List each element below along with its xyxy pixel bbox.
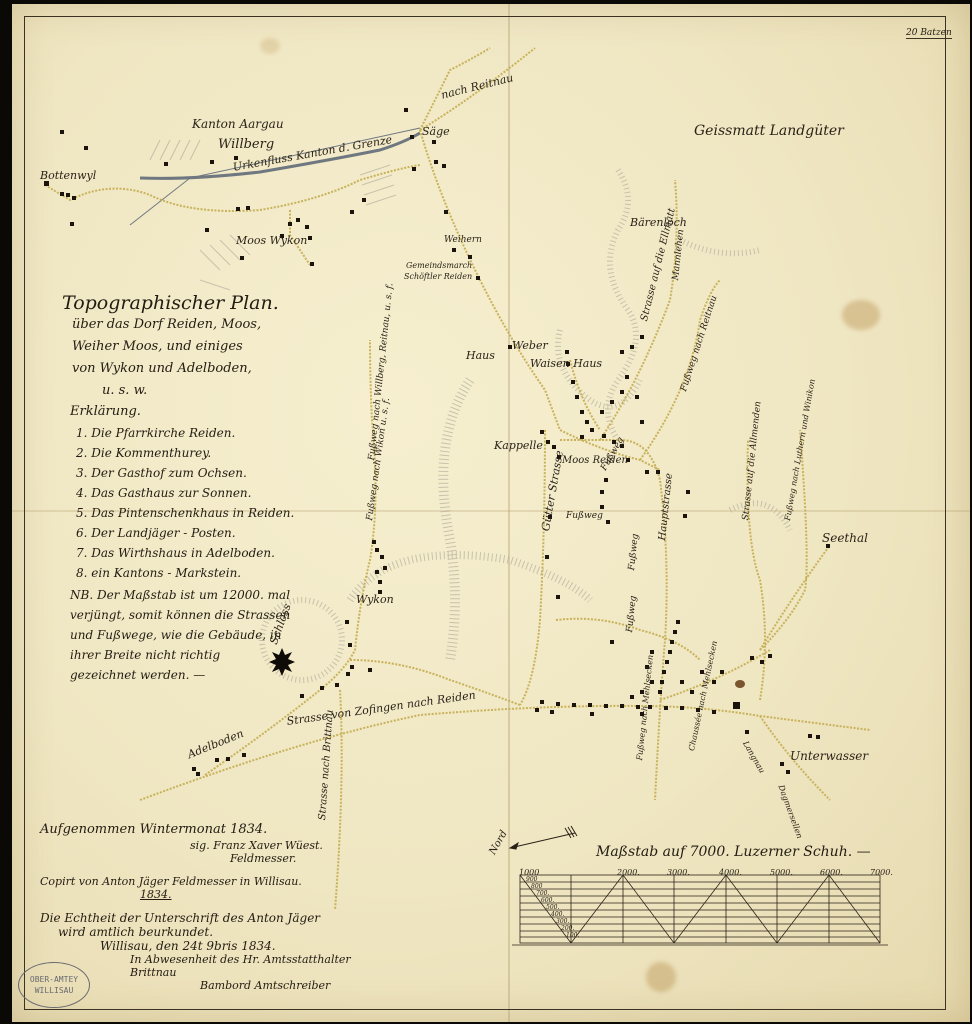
- official-stamp: OBER-AMTEY WILLISAU: [18, 962, 90, 1008]
- scale-note-line: und Fußwege, wie die Gebäude, in: [70, 625, 350, 645]
- surveyor-line: sig. Franz Xaver Wüest.: [190, 839, 380, 852]
- place-label: Haus: [466, 350, 495, 361]
- signature: Bambord Amtschreiber: [200, 979, 380, 992]
- legend-item: 4. Das Gasthaus zur Sonnen.: [76, 483, 346, 503]
- place-label: Moos Reiden: [562, 456, 628, 466]
- scale-bar-title: Maßstab auf 7000. Luzerner Schuh. —: [596, 844, 871, 860]
- certification-line: Die Echtheit der Unterschrift des Anton …: [40, 911, 380, 925]
- scale-tick: 3000.: [667, 868, 690, 877]
- north-arrow-icon: [510, 826, 577, 849]
- scale-minor-tick: 900: [526, 876, 537, 883]
- scale-minor-tick: 700.: [536, 890, 549, 897]
- legend: Erklärung. 1. Die Pfarrkirche Reiden. 2.…: [76, 420, 346, 583]
- legend-item: 1. Die Pfarrkirche Reiden.: [76, 423, 346, 443]
- place-label: Fußweg: [566, 512, 603, 521]
- scale-note: NB. Der Maßstab ist um 12000. mal verjün…: [70, 585, 350, 685]
- place-label: Säge: [422, 126, 450, 137]
- scale-minor-tick: 800: [531, 883, 542, 890]
- place-label: Willberg: [218, 138, 274, 151]
- scale-tick: 2000.: [617, 868, 640, 877]
- scale-minor-tick: 500.: [546, 904, 559, 911]
- stamp-line: WILLISAU: [19, 985, 89, 996]
- scale-minor-tick: 600.: [541, 897, 554, 904]
- surveyor-title: Feldmesser.: [230, 852, 380, 865]
- copy-line: Copirt von Anton Jäger Feldmesser in Wil…: [40, 875, 380, 888]
- map-subtitle-line: u. s. w.: [102, 380, 352, 402]
- scale-note-line: verjüngt, somit können die Strassen: [70, 605, 350, 625]
- map-subtitle-line: Weiher Moos, und einiges: [72, 336, 352, 358]
- place-label: Schöftler Reiden: [404, 273, 472, 281]
- place-label: Bärenloch: [630, 217, 687, 228]
- place-label: Weihern: [444, 236, 482, 245]
- scale-tick: 5000.: [770, 868, 793, 877]
- scale-tick: 6000.: [820, 868, 843, 877]
- survey-line: Aufgenommen Wintermonat 1834.: [40, 822, 380, 837]
- place-label: Kanton Aargau: [192, 118, 284, 130]
- legend-item: 2. Die Kommenthurey.: [76, 443, 346, 463]
- place-label: Unterwasser: [790, 750, 868, 762]
- place-label: Moos Wykon: [236, 235, 307, 246]
- church-icon: [735, 680, 745, 688]
- copy-year: 1834.: [140, 888, 380, 901]
- map-title-block: Topographischer Plan. über das Dorf Reid…: [62, 292, 352, 402]
- place-date: Willisau, den 24t 9bris 1834.: [100, 939, 380, 953]
- scale-minor-tick: 100.: [566, 932, 579, 939]
- official-line: In Abwesenheit des Hr. Amtsstatthalter B…: [130, 953, 380, 979]
- certification-line: wird amtlich beurkundet.: [58, 925, 380, 939]
- place-label: Waisen Haus: [530, 358, 602, 369]
- place-label: Weber: [512, 340, 548, 351]
- legend-heading: Erklärung.: [70, 404, 346, 419]
- legend-item: 3. Der Gasthof zum Ochsen.: [76, 463, 346, 483]
- scale-tick: 4000.: [719, 868, 742, 877]
- place-label: Gemeindsmarch: [406, 262, 472, 270]
- map-subtitle-line: über das Dorf Reiden, Moos,: [72, 314, 352, 336]
- scale-minor-tick: 200.: [561, 925, 574, 932]
- corner-note: 20 Batzen: [906, 28, 952, 39]
- place-label: Bottenwyl: [40, 170, 96, 181]
- legend-item: 6. Der Landjäger - Posten.: [76, 523, 346, 543]
- stamp-line: OBER-AMTEY: [19, 974, 89, 985]
- scale-note-line: gezeichnet werden. —: [70, 665, 350, 685]
- scale-tick: 7000.: [870, 868, 893, 877]
- scale-note-line: NB. Der Maßstab ist um 12000. mal: [70, 585, 350, 605]
- place-label: Wykon: [356, 594, 394, 605]
- credits-block: Aufgenommen Wintermonat 1834. sig. Franz…: [40, 822, 380, 992]
- legend-item: 7. Das Wirthshaus in Adelboden.: [76, 543, 346, 563]
- scale-minor-tick: 400.: [551, 911, 564, 918]
- scale-minor-tick: 300.: [556, 918, 569, 925]
- map-subtitle-line: von Wykon und Adelboden,: [72, 358, 352, 380]
- legend-item: 8. ein Kantons - Markstein.: [76, 563, 346, 583]
- place-label: Kappelle: [494, 440, 543, 451]
- map-title: Topographischer Plan.: [62, 292, 352, 314]
- legend-item: 5. Das Pintenschenkhaus in Reiden.: [76, 503, 346, 523]
- place-label: Geissmatt Landgüter: [694, 124, 844, 138]
- place-label: Seethal: [822, 532, 868, 544]
- scale-note-line: ihrer Breite nicht richtig: [70, 645, 350, 665]
